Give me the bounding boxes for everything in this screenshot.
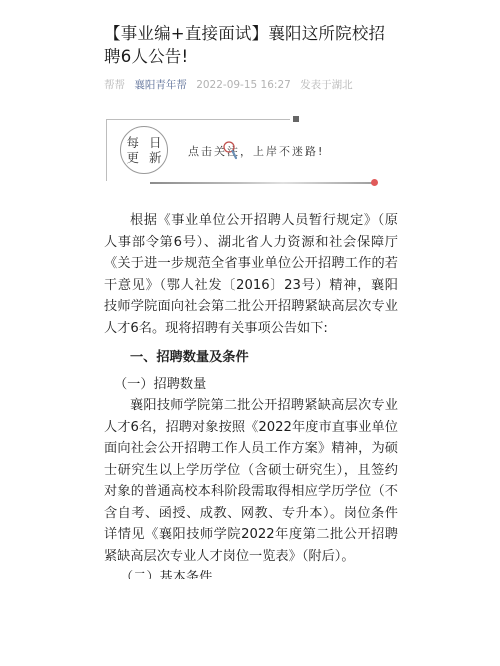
banner-top-line	[106, 119, 290, 120]
subsection-1-paragraph: 襄阳技师学院第二批公开招聘紧缺高层次专业人才6名，招聘对象按照《2022年度市直…	[104, 395, 398, 567]
section-heading-1: 一、招聘数量及条件	[104, 347, 398, 369]
source-label: 帮帮	[104, 79, 125, 91]
publish-datetime: 2022-09-15 16:27	[196, 79, 291, 91]
badge-line-1: 每 日	[127, 135, 165, 150]
follow-banner: 每 日 更 新 点击关注，上岸不迷路!	[106, 114, 378, 188]
red-dot-icon	[371, 179, 378, 186]
daily-update-badge: 每 日 更 新	[120, 126, 168, 174]
subsection-heading-1: （一）招聘数量	[104, 374, 398, 396]
banner-left-line	[106, 119, 107, 181]
subsection-heading-2: （二）基本条件	[104, 567, 398, 579]
square-decoration-icon	[293, 116, 299, 122]
article-title: 【事业编+直接面试】襄阳这所院校招聘6人公告!	[104, 22, 396, 68]
magnifier-icon	[223, 140, 237, 160]
article-body: 根据《事业单位公开招聘人员暂行规定》（原人事部令第6号）、湖北省人力资源和社会保…	[104, 210, 398, 579]
intro-paragraph: 根据《事业单位公开招聘人员暂行规定》（原人事部令第6号）、湖北省人力资源和社会保…	[104, 210, 398, 339]
follow-slogan: 点击关注，上岸不迷路!	[188, 143, 324, 159]
banner-bottom-line	[150, 182, 372, 184]
badge-line-2: 更 新	[127, 150, 165, 165]
article-meta: 帮帮 襄阳青年帮 2022-09-15 16:27 发表于湖北	[104, 78, 404, 92]
publish-location: 发表于湖北	[300, 79, 353, 91]
author-link[interactable]: 襄阳青年帮	[134, 79, 187, 91]
